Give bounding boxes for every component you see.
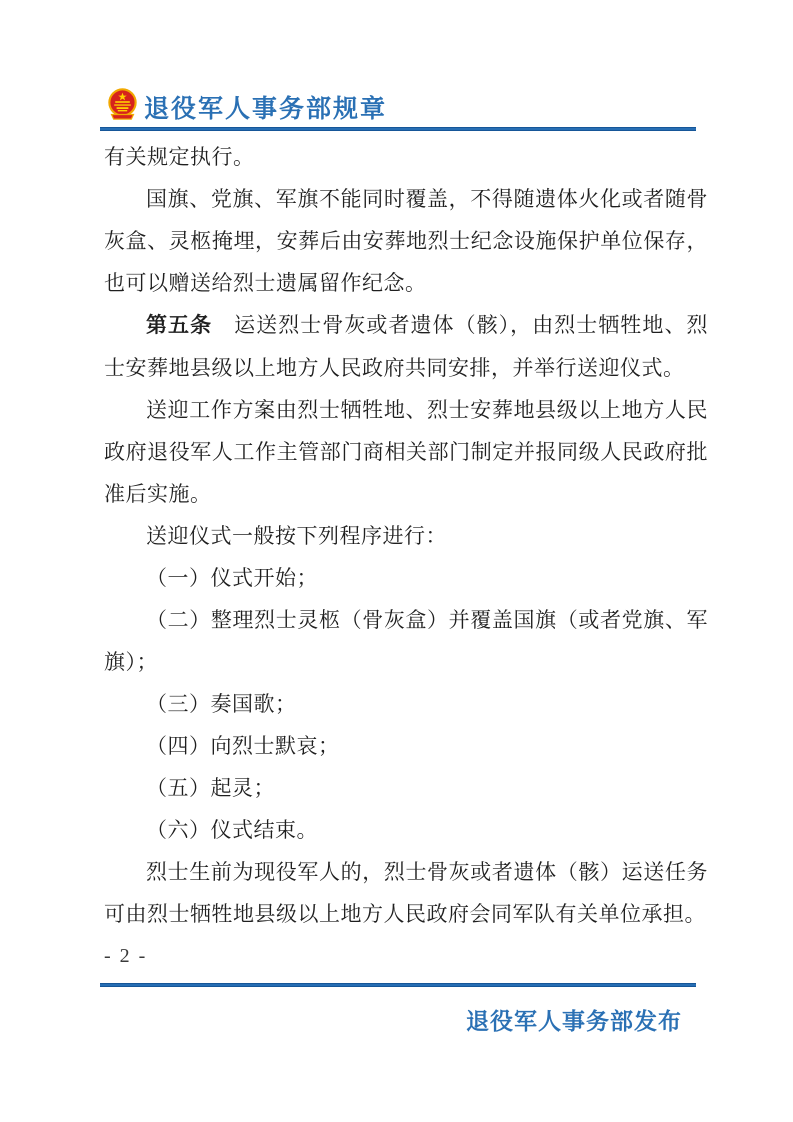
footer-divider — [100, 983, 696, 987]
body-paragraph: （二）整理烈士灵柩（骨灰盒）并覆盖国旗（或者党旗、军旗）； — [104, 599, 708, 683]
header-title: 退役军人事务部规章 — [144, 89, 387, 125]
body-paragraph: 第五条 运送烈士骨灰或者遗体（骸），由烈士牺牲地、烈士安葬地县级以上地方人民政府… — [104, 304, 708, 389]
page-number: - 2 - — [104, 945, 147, 968]
header-divider — [100, 127, 696, 131]
body-paragraph: 有关规定执行。 — [104, 136, 708, 178]
article-number: 第五条 — [146, 314, 212, 337]
footer-publisher: 退役军人事务部发布 — [100, 1003, 696, 1036]
body-paragraph: 国旗、党旗、军旗不能同时覆盖，不得随遗体火化或者随骨灰盒、灵柩掩埋，安葬后由安葬… — [104, 178, 708, 304]
body-paragraph: 烈士生前为现役军人的，烈士骨灰或者遗体（骸）运送任务可由烈士牺牲地县级以上地方人… — [104, 851, 708, 935]
national-emblem-icon — [107, 88, 138, 121]
body-paragraph: （五）起灵； — [104, 767, 708, 809]
body-paragraph: （三）奏国歌； — [104, 683, 708, 725]
document-page: 退役军人事务部规章 有关规定执行。国旗、党旗、军旗不能同时覆盖，不得随遗体火化或… — [0, 0, 793, 1122]
body-paragraph: （一）仪式开始； — [104, 557, 708, 599]
body-paragraph: 送迎工作方案由烈士牺牲地、烈士安葬地县级以上地方人民政府退役军人工作主管部门商相… — [104, 389, 708, 515]
body-paragraph: （四）向烈士默哀； — [104, 725, 708, 767]
document-body: 有关规定执行。国旗、党旗、军旗不能同时覆盖，不得随遗体火化或者随骨灰盒、灵柩掩埋… — [104, 136, 708, 935]
body-paragraph: 送迎仪式一般按下列程序进行： — [104, 515, 708, 557]
body-paragraph: （六）仪式结束。 — [104, 809, 708, 851]
